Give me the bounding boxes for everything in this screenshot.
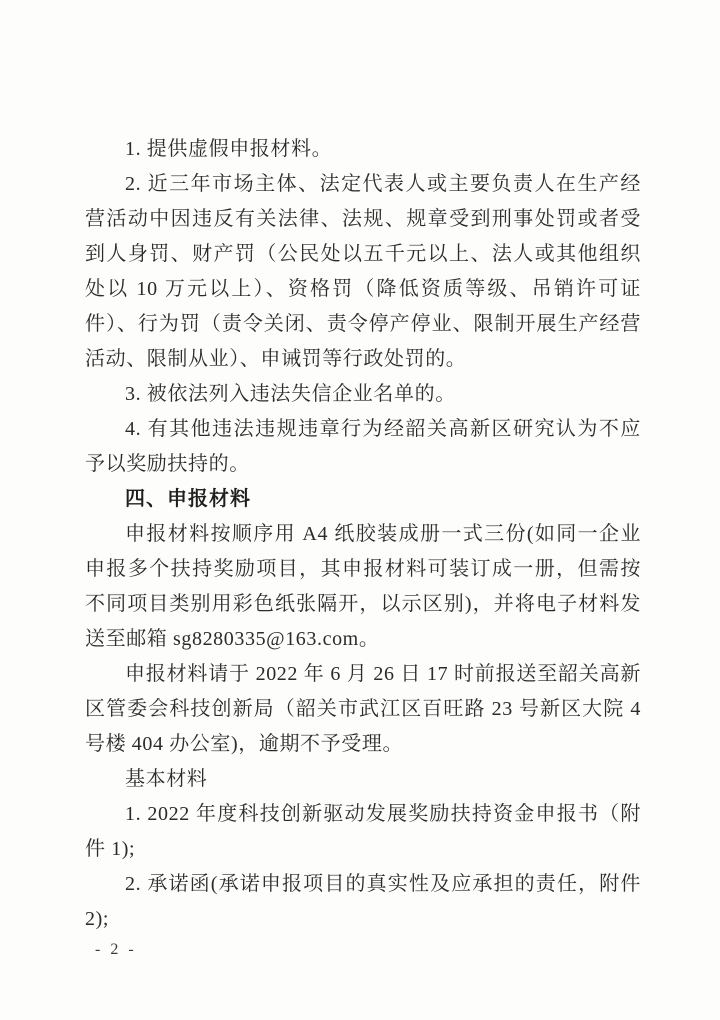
paragraph-disqualify-item-1: 1. 提供虚假申报材料。 xyxy=(85,132,641,167)
paragraph-material-item-2: 2. 承诺函(承诺申报项目的真实性及应承担的责任，附件 2); xyxy=(85,867,641,937)
paragraph-disqualify-item-4: 4. 有其他违法违规违章行为经韶关高新区研究认为不应予以奖励扶持的。 xyxy=(85,412,641,482)
paragraph-disqualify-item-2: 2. 近三年市场主体、法定代表人或主要负责人在生产经营活动中因违反有关法律、法规… xyxy=(85,167,641,377)
document-body: 1. 提供虚假申报材料。 2. 近三年市场主体、法定代表人或主要负责人在生产经营… xyxy=(85,132,641,937)
paragraph-binding-rules: 申报材料按顺序用 A4 纸胶装成册一式三份(如同一企业申报多个扶持奖励项目，其申… xyxy=(85,517,641,657)
paragraph-disqualify-item-3: 3. 被依法列入违法失信企业名单的。 xyxy=(85,377,641,412)
document-page: 1. 提供虚假申报材料。 2. 近三年市场主体、法定代表人或主要负责人在生产经营… xyxy=(0,0,720,1020)
paragraph-material-item-1: 1. 2022 年度科技创新驱动发展奖励扶持资金申报书（附件 1); xyxy=(85,797,641,867)
paragraph-deadline-address: 申报材料请于 2022 年 6 月 26 日 17 时前报送至韶关高新区管委会科… xyxy=(85,657,641,762)
paragraph-basic-materials-label: 基本材料 xyxy=(85,762,641,797)
page-number: - 2 - xyxy=(95,941,137,959)
section-heading-application-materials: 四、申报材料 xyxy=(85,482,641,517)
